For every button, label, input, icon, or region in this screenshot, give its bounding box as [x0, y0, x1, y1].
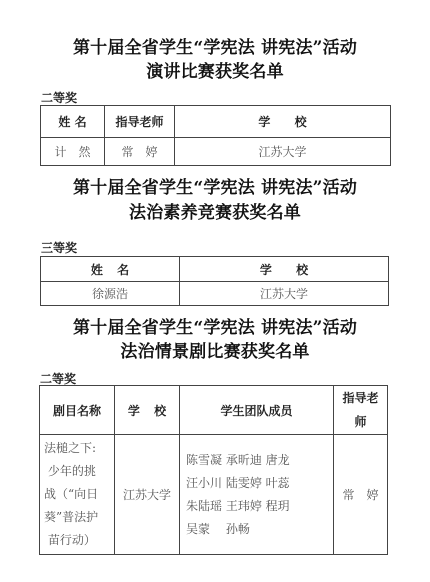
- header-school: 学 校: [115, 386, 180, 435]
- header-teacher: 指导老师: [334, 386, 388, 435]
- cell-team-members: 陈雪凝 承昕迪 唐龙 汪小川 陆雯婷 叶蕊 朱陆瑶 王玮婷 程玥 吴蒙 孙畅: [180, 435, 334, 555]
- section3-table: 剧目名称 学 校 学生团队成员 指导老师 法槌之下: 少年的挑 战（“向日 葵”…: [39, 385, 388, 555]
- header-teacher: 指导老师: [105, 106, 175, 138]
- members-line: 吴蒙 孙畅: [186, 518, 333, 541]
- section2-title-line1: 第十届全省学生“学宪法 讲宪法”活动: [0, 176, 430, 200]
- drama-line: 战（“向日: [44, 483, 110, 506]
- header-school: 学 校: [180, 257, 389, 282]
- header-name: 姓 名: [41, 257, 180, 282]
- table-row: 法槌之下: 少年的挑 战（“向日 葵”普法护 苗行动） 江苏大学 陈雪凝 承昕迪…: [40, 435, 388, 555]
- cell-name: 计 然: [41, 138, 105, 166]
- drama-line: 少年的挑: [44, 460, 110, 483]
- section2-award-level: 三等奖: [41, 239, 77, 256]
- cell-drama-name: 法槌之下: 少年的挑 战（“向日 葵”普法护 苗行动）: [40, 435, 115, 555]
- section1-title-line2: 演讲比赛获奖名单: [0, 60, 430, 84]
- cell-school: 江苏大学: [180, 282, 389, 306]
- cell-name: 徐源浩: [41, 282, 180, 306]
- section3-title-line1: 第十届全省学生“学宪法 讲宪法”活动: [0, 316, 430, 340]
- members-line: 朱陆瑶 王玮婷 程玥: [186, 495, 333, 518]
- section1-award-level: 二等奖: [41, 89, 77, 106]
- header-school: 学 校: [175, 106, 391, 138]
- section2-title-line2: 法治素养竞赛获奖名单: [0, 201, 430, 225]
- section3-title-line2: 法治情景剧比赛获奖名单: [0, 340, 430, 364]
- drama-line: 葵”普法护: [44, 506, 110, 529]
- cell-school: 江苏大学: [175, 138, 391, 166]
- drama-line: 苗行动）: [44, 529, 110, 552]
- cell-teacher: 常 婷: [105, 138, 175, 166]
- members-line: 汪小川 陆雯婷 叶蕊: [186, 472, 333, 495]
- header-drama-name: 剧目名称: [40, 386, 115, 435]
- table-row: 徐源浩 江苏大学: [41, 282, 389, 306]
- drama-line: 法槌之下:: [44, 437, 110, 460]
- section2-table: 姓 名 学 校 徐源浩 江苏大学: [40, 256, 389, 306]
- section1-title-line1: 第十届全省学生“学宪法 讲宪法”活动: [0, 36, 430, 60]
- header-team-members: 学生团队成员: [180, 386, 334, 435]
- members-line: 陈雪凝 承昕迪 唐龙: [186, 449, 333, 472]
- header-name: 姓 名: [41, 106, 105, 138]
- cell-school: 江苏大学: [115, 435, 180, 555]
- section1-table: 姓 名 指导老师 学 校 计 然 常 婷 江苏大学: [40, 105, 391, 166]
- cell-teacher: 常 婷: [334, 435, 388, 555]
- table-row: 计 然 常 婷 江苏大学: [41, 138, 391, 166]
